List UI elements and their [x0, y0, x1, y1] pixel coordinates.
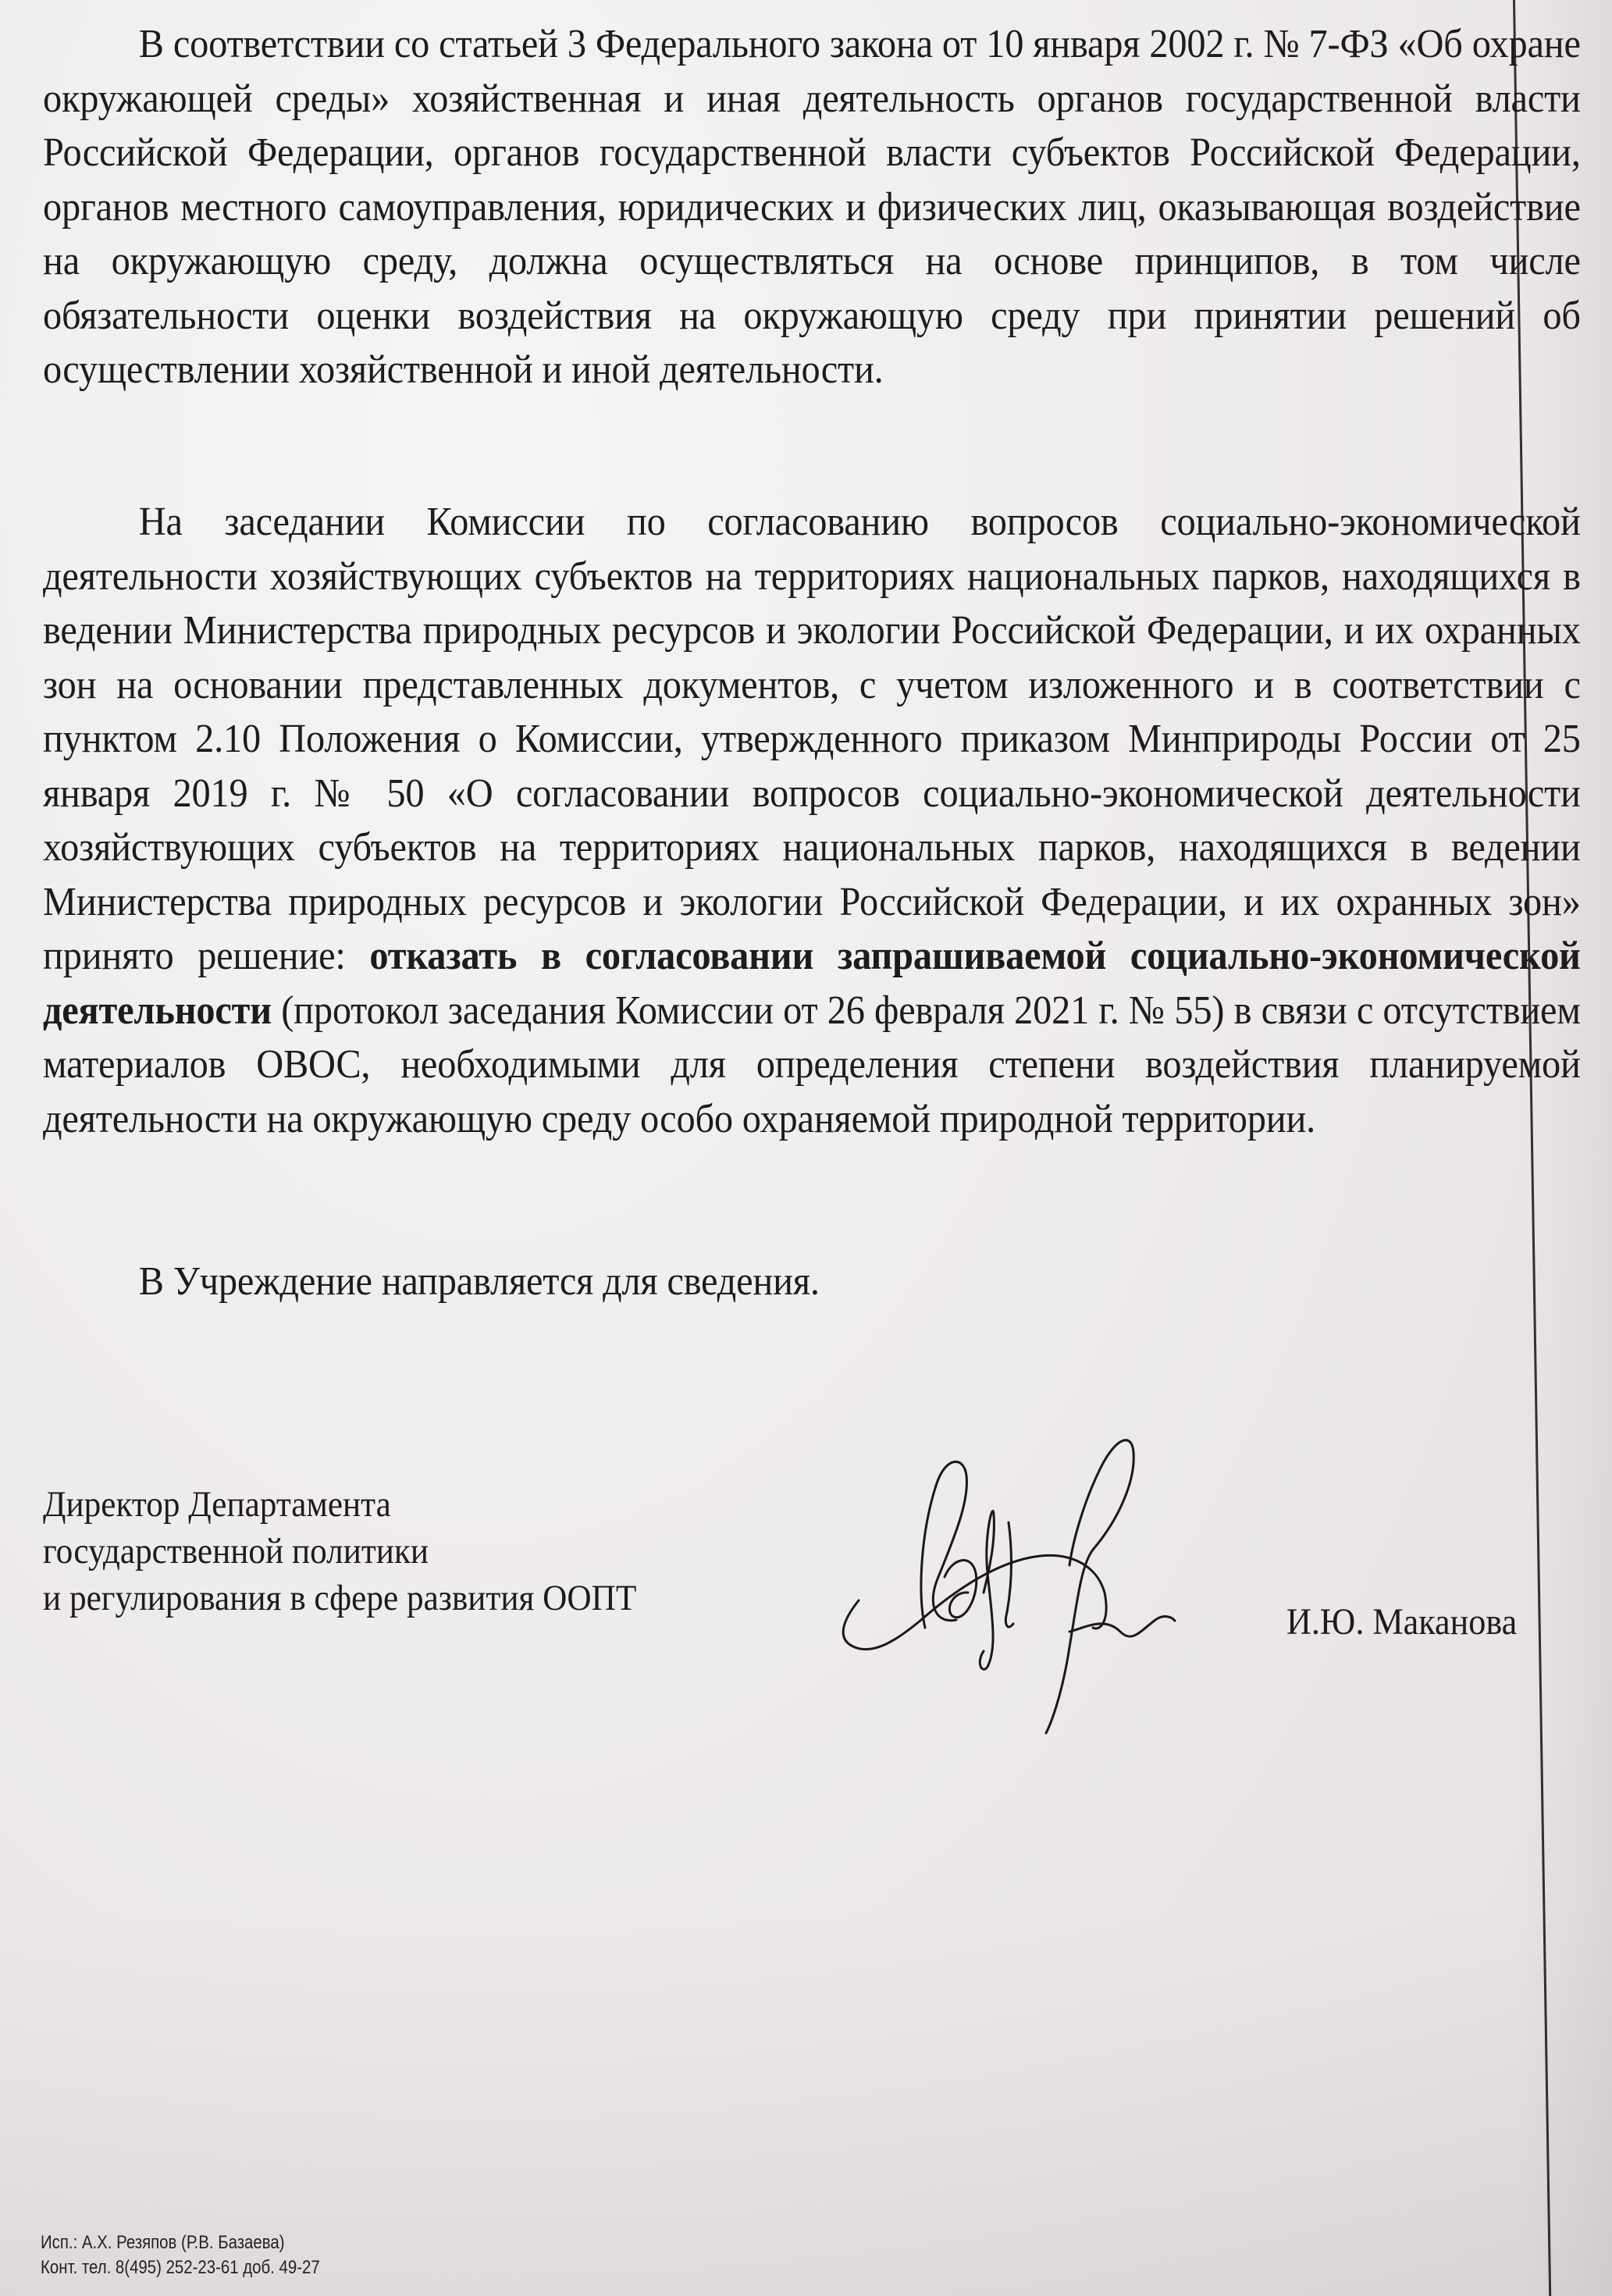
paragraph-text: В соответствии со статьей 3 Федерального…: [43, 22, 1581, 392]
paragraph-commission-decision: На заседании Комиссии по согласованию во…: [43, 495, 1581, 1146]
signatory-title: Директор Департамента государственной по…: [43, 1481, 636, 1621]
paragraph-text: В Учреждение направляется для сведения.: [139, 1259, 820, 1304]
signatory-title-line: и регулирования в сфере развития ООПТ: [43, 1575, 636, 1621]
paragraph-text-after-decision: (протокол заседания Комиссии от 26 февра…: [43, 988, 1581, 1141]
executor-footer: Исп.: А.Х. Резяпов (Р.В. Базаева) Конт. …: [41, 2230, 320, 2280]
handwritten-signature-icon: [827, 1397, 1311, 1741]
executor-line: Исп.: А.Х. Резяпов (Р.В. Базаева): [41, 2230, 320, 2255]
signer-name: И.Ю. Маканова: [1286, 1600, 1517, 1643]
signatory-title-line: Директор Департамента: [43, 1481, 636, 1528]
contact-phone-line: Конт. тел. 8(495) 252-23-61 доб. 49-27: [41, 2255, 320, 2280]
paragraph-legal-basis: В соответствии со статьей 3 Федерального…: [43, 17, 1581, 397]
signatory-title-line: государственной политики: [43, 1528, 636, 1575]
paragraph-text-before-decision: На заседании Комиссии по согласованию во…: [43, 500, 1581, 978]
paragraph-for-information: В Учреждение направляется для сведения.: [43, 1255, 1581, 1309]
